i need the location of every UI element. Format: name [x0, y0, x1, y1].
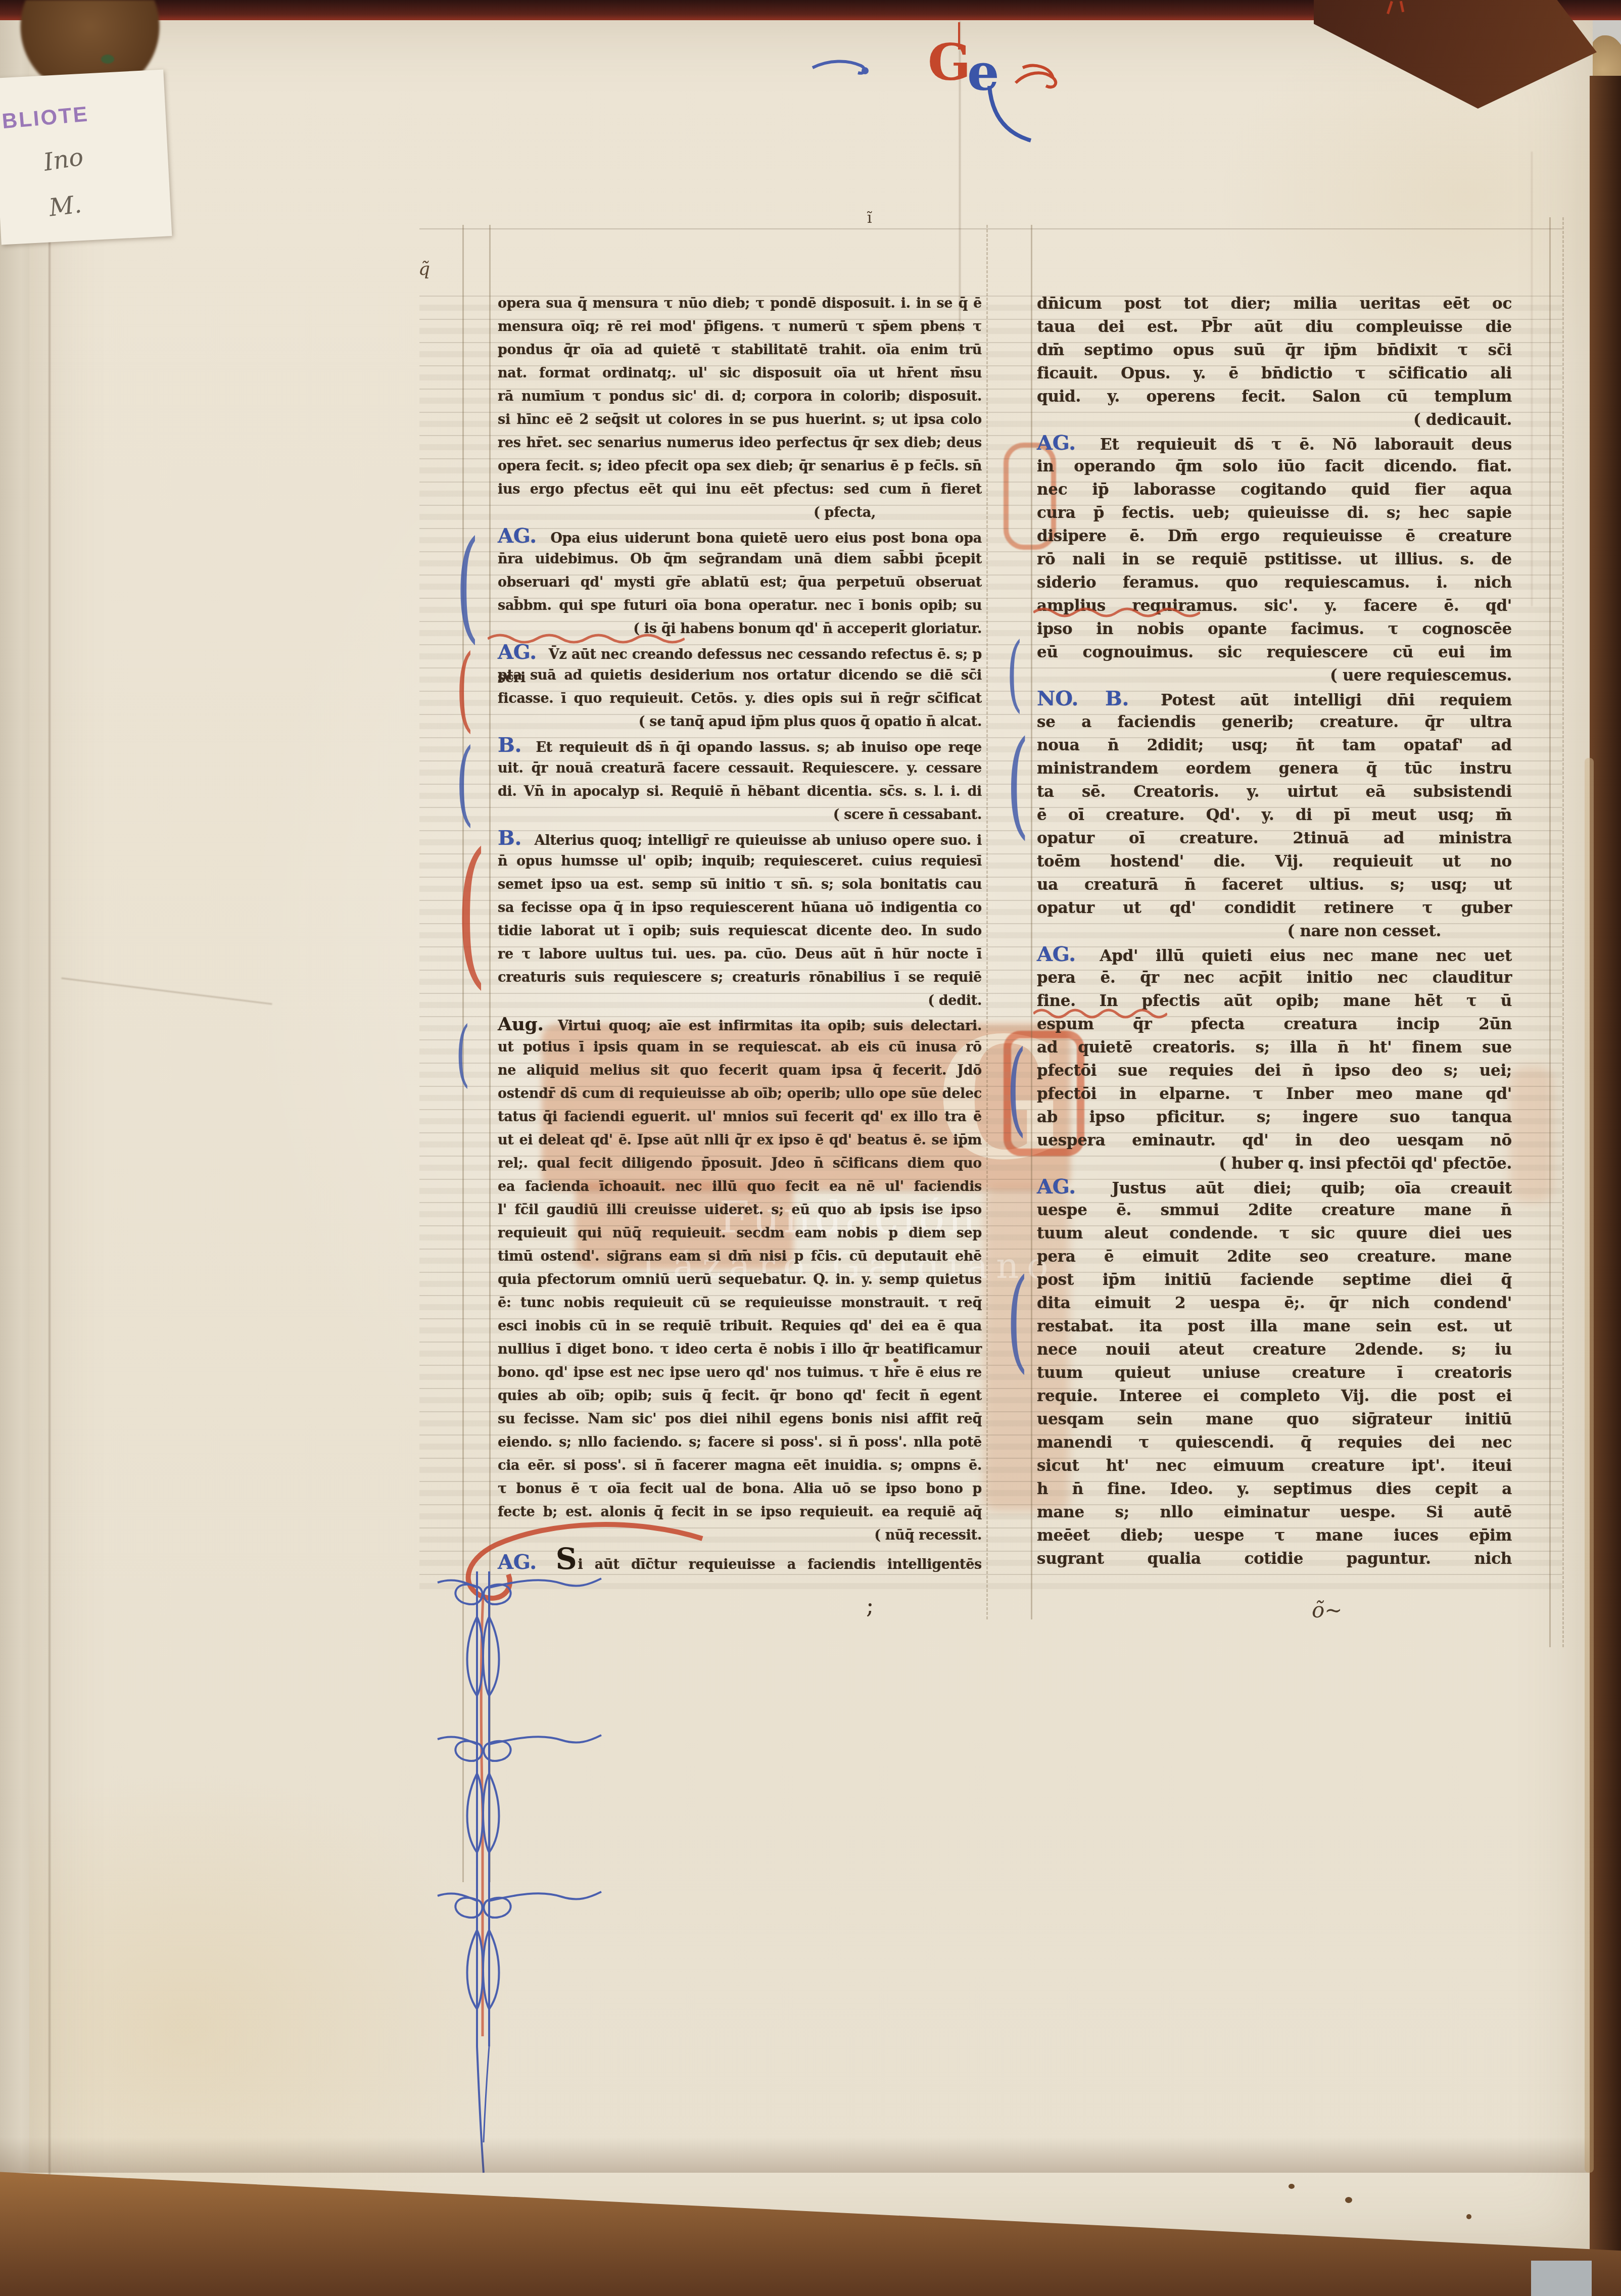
paragraph-initial: B.: [498, 733, 531, 757]
paragraph-initial: AG.: [1037, 1175, 1107, 1199]
text-column-left: opera sua q̄ mensura τ nūo dieb; τ pondē…: [498, 292, 982, 1570]
text-line: pera ē eimuit 2dite seo creature. mane: [1037, 1245, 1512, 1268]
text-line: ut potius ī ipsis quam in se requiescat.…: [498, 1036, 982, 1059]
text-line: timū ostend'. siḡrans eam si dm̄ nisi p …: [498, 1245, 982, 1268]
text-line: pondus q̄r oīa ad quietē τ stabilitatē t…: [498, 339, 982, 362]
text-line: ta sē. Creatoris. y. uirtut eā subsisten…: [1037, 780, 1512, 803]
text-line: ē: tunc nobis requieuit cū se requieuiss…: [498, 1292, 982, 1315]
frayed-page-edge: [1585, 758, 1594, 2173]
text-line: res hr̄et. sec senarius numerus ideo per…: [498, 432, 982, 455]
text-line: mensura oīq; rē rei mod' p̄figens. τ num…: [498, 315, 982, 339]
text-line: cura p̄ fectis. ueb; quieuisse di. s; he…: [1037, 501, 1512, 524]
text-line: taua dei est. Pb̄r aūt diu compleuisse d…: [1037, 315, 1512, 339]
vertical-rule: [986, 225, 989, 1619]
text-line: ( scere n̄ cessabant.: [498, 803, 982, 827]
text-line: sugrant qualia cotidie paguntur. nich: [1037, 1547, 1512, 1570]
text-line: ut ei deleat qd' ē. Ipse aūt nlli q̄r ex…: [498, 1129, 982, 1152]
text-line: pera ē. q̄r nec acp̄it initio nec claudi…: [1037, 966, 1512, 989]
text-line: ea facienda īchoauit. nec illū quo fecit…: [498, 1175, 982, 1199]
text-line: AG. Et requieuit ds̄ τ ē. Nō laborauit d…: [1037, 432, 1512, 455]
paragraph-bracket: (: [1007, 726, 1029, 841]
vertical-rule: [1562, 217, 1565, 1647]
paragraph-bracket: (: [1007, 1038, 1026, 1139]
text-line: requieuit qui nūq̄ requieuit. secdm eam …: [498, 1222, 982, 1245]
text-line: post ip̄m initiū faciende septime diei q…: [1037, 1268, 1512, 1292]
paragraph-initial: B.: [498, 826, 530, 850]
header-red-stroke: [958, 22, 960, 50]
text-line: rō nali in se requiē pstitisse. ut illiu…: [1037, 548, 1512, 571]
gutter-mark-top: ĩ: [867, 209, 872, 227]
text-line: in operando q̄m solo iūo facit dicendo. …: [1037, 455, 1512, 478]
text-line: pfectōi sue requies dei n̄ ipso deo s; u…: [1037, 1059, 1512, 1082]
text-line: uespe ē. smmui 2dite creature mane n̄: [1037, 1199, 1512, 1222]
red-line-filler: [1033, 605, 1200, 617]
text-line: B. Et requieuit ds̄ n̄ q̄i opando lassus…: [498, 734, 982, 757]
text-line: opera sua q̄ mensura τ nūo dieb; τ pondē…: [498, 292, 982, 315]
paragraph-initial: AG.: [498, 640, 544, 664]
quire-mark-left-margin: q̃: [418, 259, 430, 279]
text-line: ipso in nobis opante facimus. τ cognoscē…: [1037, 617, 1512, 641]
text-line: restabat. ita post illa mane sein est. u…: [1037, 1315, 1512, 1338]
pencil-shelfmark-line1: Ino: [41, 142, 85, 177]
text-line: di. Vn̄ in apocalyp si. Requiē n̄ hēbant…: [498, 780, 982, 803]
text-line: ficasse. ī quo requieuit. Cetōs. y. dies…: [498, 687, 982, 710]
ink-speck: [893, 1358, 898, 1362]
text-line: ministrandem eordem genera q̄ tūc instru: [1037, 757, 1512, 780]
text-line: ( se tanq̄ apud ip̄m plus quos q̄ opatio…: [498, 710, 982, 734]
text-line: nullius ī diget bono. τ ideo certa ē nob…: [498, 1338, 982, 1361]
paragraph-initial: AG.: [1037, 431, 1095, 455]
wormhole: [1466, 2214, 1471, 2219]
text-line: toēm hostend' die. Vij. requieuit ut no: [1037, 850, 1512, 873]
text-line: dn̄icum post tot dier; milia ueritas eēt…: [1037, 292, 1512, 315]
text-line: ne aliquid melius sit quo fecerit quam i…: [498, 1059, 982, 1082]
paragraph-bracket: (: [456, 643, 473, 734]
top-ruling-line: [419, 228, 1562, 229]
text-line: ( nare non cesset.: [1037, 920, 1512, 943]
gutter-mark-bottom: ;: [866, 1592, 874, 1619]
text-line: noua n̄ 2didit; usq; n̄t tam opataf' ad: [1037, 734, 1512, 757]
text-line: h n̄ fine. Ideo. y. septimus dies cepit …: [1037, 1477, 1512, 1501]
text-line: esci inobis cū in se requiē tribuit. Req…: [498, 1315, 982, 1338]
manuscript-page-photo: G Fundación Lázaro Galdiano opera sua q̄…: [0, 0, 1621, 2296]
text-line: NO. B. Potest aūt intelligi dn̄i requiem: [1037, 687, 1512, 710]
text-line: cia eēr. si poss'. si n̄ facerer magna e…: [498, 1454, 982, 1477]
text-line: siderio feramus. quo requiescamus. i. ni…: [1037, 571, 1512, 594]
library-stamp: BIBLIOTE: [0, 102, 90, 135]
text-line: opera fecit. s; ideo pfecit opa sex dieb…: [498, 455, 982, 478]
text-line: n̄ra uidebimus. Ob q̄m seḡrandam unā die…: [498, 548, 982, 571]
paragraph-bracket: (: [456, 1017, 470, 1089]
red-line-filler: [1033, 1007, 1167, 1019]
text-line: eū cognouimus. sic requiescere cū eui im: [1037, 641, 1512, 664]
text-line: uespera eminautr. qd' in deo uesqam nō: [1037, 1129, 1512, 1152]
paragraph-bracket: (: [1007, 1264, 1028, 1375]
text-line: AG. Opa eius uiderunt bona quietē uero e…: [498, 524, 982, 548]
text-line: ius ergo pfectus eēt qui inu eēt pfectus…: [498, 478, 982, 501]
red-line-filler: [488, 632, 685, 644]
text-line: tuum quieut uniuse creature ī creatoris: [1037, 1361, 1512, 1384]
paragraph-bracket: (: [456, 525, 479, 646]
text-line: pfectōi in elparne. τ Inber meo mane qd': [1037, 1082, 1512, 1106]
text-line: quia pfectorum omniū uerū sequebatur. Q.…: [498, 1268, 982, 1292]
text-line: mane s; nllo eiminatur uespe. Si autē: [1037, 1501, 1512, 1524]
paragraph-bracket: (: [456, 833, 487, 991]
text-line: sicut ht' nec eimuum creature ipt'. iteu…: [1037, 1454, 1512, 1477]
text-line: ad quietē creatoris. s; illa n̄ ht' fine…: [1037, 1036, 1512, 1059]
wormhole: [1289, 2184, 1295, 2189]
paragraph-initial: Aug.: [498, 1014, 553, 1035]
text-line: disipere ē. Dm̄ ergo requieuisse ē creat…: [1037, 524, 1512, 548]
text-line: opatur oī creature. 2tinuā ad ministra: [1037, 827, 1512, 850]
text-line: su fecisse. Nam sic' pos diei nihil egen…: [498, 1408, 982, 1431]
text-line: ua creaturā n̄ faceret ultius. s; usq; u…: [1037, 873, 1512, 896]
gutter-crease: [49, 17, 51, 2240]
text-line: quies ab oīb; opib; suis q̄ fecit. q̄r b…: [498, 1384, 982, 1408]
text-line: uesqam sein mane quo siḡrateur initiū: [1037, 1408, 1512, 1431]
vertical-rule: [1549, 217, 1551, 1647]
text-line: n̄ opus humsse ul' opib; inquib; requies…: [498, 850, 982, 873]
text-line: eiendo. s; nllo faciendo. s; facere si p…: [498, 1431, 982, 1454]
penwork-flourish: [435, 1511, 718, 2188]
text-line: nece nouii ateut creature 2dende. s; iu: [1037, 1338, 1512, 1361]
text-line: ab ipso pficitur. s; ingere suo tanqua: [1037, 1106, 1512, 1129]
text-line: l' fc̄il gaudiū illi creuisse uideret. s…: [498, 1199, 982, 1222]
text-line: ( dedit.: [498, 989, 982, 1013]
text-line: sa fecisse opa q̄ in ipso requiescerent …: [498, 896, 982, 920]
binding-right-edge: [1590, 76, 1621, 2296]
paragraph-initial: NO. B.: [1037, 687, 1156, 710]
wormhole: [1345, 2197, 1352, 2203]
text-line: ( dedicauit.: [1037, 408, 1512, 432]
paragraph-bracket: (: [456, 737, 473, 828]
text-line: manendi τ quiescendi. q̄ requies dei nec: [1037, 1431, 1512, 1454]
text-line: dm̄ septimo opus suū q̄r ip̄m bn̄dixit τ…: [1037, 339, 1512, 362]
paragraph-initial: AG.: [498, 524, 546, 548]
text-line: creaturis suis requiescere s; creaturis …: [498, 966, 982, 989]
text-line: requie. Interee ei completo Vij. die pos…: [1037, 1384, 1512, 1408]
wrinkle: [1531, 152, 1533, 606]
text-line: AG. V̄z aūt nec creando defessus nec ces…: [498, 641, 982, 664]
text-line: ē oī creature. Qd'. y. di pī meut usq; m…: [1037, 803, 1512, 827]
text-line: ostendr̄ ds̄ cum di requieuisse ab oīb; …: [498, 1082, 982, 1106]
text-line: ficauit. Opus. y. ē bn̄dictio τ sc̄ifica…: [1037, 362, 1512, 385]
offset-stain: [1510, 1066, 1553, 1203]
green-speck: [101, 55, 114, 64]
text-line: opatur ut qd' condidit retinere τ guber: [1037, 896, 1512, 920]
pencil-shelfmark-line2: M.: [47, 190, 83, 222]
text-line: B. Alterius quoq; intelligr̄ re quieuiss…: [498, 827, 982, 850]
text-line: ( huber q. insi pfectōi qd' pfectōe.: [1037, 1152, 1512, 1175]
text-line: re τ labore uultus tui. ues. pa. cūo. De…: [498, 943, 982, 966]
library-label: BIBLIOTE Ino M.: [0, 69, 172, 245]
text-line: pta suā ad quietis desiderium nos ortatu…: [498, 664, 982, 687]
text-line: semet ipso ua est. semp sū initio τ sn̄.…: [498, 873, 982, 896]
paragraph-bracket: (: [1007, 633, 1023, 714]
vertical-rule: [1031, 225, 1032, 1619]
text-line: uit. q̄r nouā creaturā facere cessauit. …: [498, 757, 982, 780]
text-line: si hīnc eē 2 seq̄sit ut colores in se pu…: [498, 408, 982, 432]
paragraph-initial: AG.: [1037, 942, 1095, 966]
quire-end-mark: õ~: [1312, 1598, 1342, 1622]
text-line: dita eimuit 2 uespa ē;. q̄r nich condend…: [1037, 1292, 1512, 1315]
text-line: bono. qd' ipse est nec ipse uero qd' nos…: [498, 1361, 982, 1384]
header-blue-flourish: [808, 51, 879, 81]
text-line: Aug. Virtui quoq; aīe est infirmitas ita…: [498, 1013, 982, 1036]
text-line: obseruari qd' mysti gr̄e ablatū est; q̄u…: [498, 571, 982, 594]
text-line: rel;. qual fecit diligendo p̄posuit. Jde…: [498, 1152, 982, 1175]
text-line: ( pfecta,: [498, 501, 982, 524]
text-line: AG. Apd' illū quieti eius nec mane nec u…: [1037, 943, 1512, 966]
bottom-shadow: [0, 2137, 1621, 2173]
backdrop-corner: [1531, 2261, 1592, 2296]
running-header-letter-red: G: [928, 32, 971, 92]
text-line: τ bonus ē τ oīa fecit ual de bona. Alia …: [498, 1477, 982, 1501]
text-line: nec ip̄ laborasse cogitando quid fier aq…: [1037, 478, 1512, 501]
text-line: tidie laborat ut ī opib; suis requiescat…: [498, 920, 982, 943]
text-line: sab̄bm. qui spe futuri oīa bona operatur…: [498, 594, 982, 617]
text-line: se a faciendis generib; creature. q̄r ul…: [1037, 710, 1512, 734]
text-column-right: dn̄icum post tot dier; milia ueritas eēt…: [1037, 292, 1512, 1570]
text-line: meēet dieb; uespe τ mane iuces ep̄im: [1037, 1524, 1512, 1547]
text-line: quid. y. operens fecit. Salon cū templum: [1037, 385, 1512, 408]
text-line: rā numīum τ pondus sic' di. d; corpora i…: [498, 385, 982, 408]
text-line: ( uere requiescemus.: [1037, 664, 1512, 687]
text-line: AG. Justus aūt diei; quib; oīa creauit: [1037, 1175, 1512, 1199]
text-line: nat. format ordinatq;. ul' sic disposuit…: [498, 362, 982, 385]
header-red-flourish: [1012, 60, 1067, 100]
text-line: tatus q̄i faciendi eguerit. ul' mnios su…: [498, 1106, 982, 1129]
text-line: tuum aleut condende. τ sic quure diei ue…: [1037, 1222, 1512, 1245]
